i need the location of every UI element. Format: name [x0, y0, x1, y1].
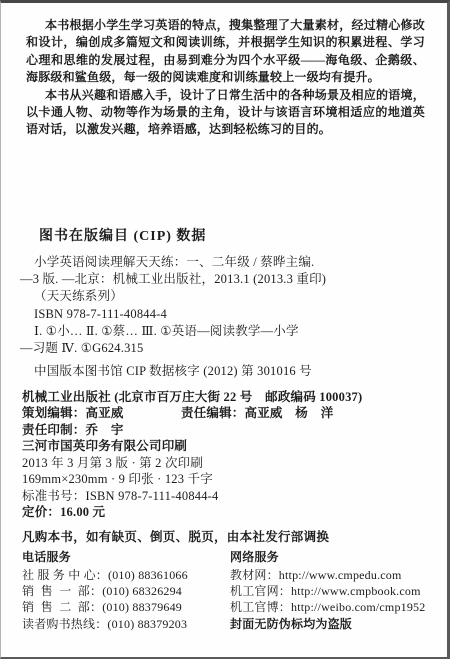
phone-service-row: 读者购书热线：(010) 88379203 — [22, 616, 230, 632]
cip-series-line: （天天练系列） — [34, 288, 417, 305]
print-supervisor-line: 责任印制：乔 宇 — [22, 422, 427, 439]
network-service-row: 机工官博：http://weibo.com/cmp1952 — [230, 599, 447, 615]
cip-body: 小学英语阅读理解天天练：一、二年级 / 蔡晔主编. —3 版. —北京：机械工业… — [34, 254, 417, 380]
colophon-section: 机械工业出版社 (北京市百万庄大街 22 号 邮政编码 100037) 策划编辑… — [22, 389, 427, 521]
network-service-column: 网络服务 教材网：http://www.cmpedu.com 机工官网：http… — [230, 548, 447, 632]
format-sheets-line: 169mm×230mm · 9 印张 · 123 千字 — [22, 471, 427, 488]
cip-classification-line-1: Ⅰ. ①小… Ⅱ. ①蔡… Ⅲ. ①英语—阅读教学—小学 — [34, 323, 417, 340]
edition-print-line: 2013 年 3 月第 3 版 · 第 2 次印刷 — [22, 455, 427, 472]
services-section: 电话服务 社 服 务 中 心：(010) 88361066 销 售 一 部：(0… — [22, 548, 447, 632]
phone-service-header: 电话服务 — [22, 548, 230, 567]
network-service-row: 机工官网：http://www.cmpbook.com — [230, 583, 447, 599]
publisher-address-line: 机械工业出版社 (北京市百万庄大街 22 号 邮政编码 100037) — [22, 389, 427, 406]
network-service-header: 网络服务 — [230, 548, 447, 567]
intro-paragraph-2: 本书从兴趣和语感入手，设计了日常生活中的各种场景及相应的语境，以卡通人物、动物等… — [26, 87, 425, 139]
planning-editor: 策划编辑：高亚威 — [22, 405, 181, 422]
phone-service-column: 电话服务 社 服 务 中 心：(010) 88361066 销 售 一 部：(0… — [22, 548, 230, 632]
exchange-notice: 凡购本书，如有缺页、倒页、脱页，由本社发行部调换 — [22, 527, 447, 545]
cip-edition-line: —3 版. —北京：机械工业出版社，2013.1 (2013.3 重印) — [20, 271, 417, 288]
phone-service-row: 社 服 务 中 心：(010) 88361066 — [22, 567, 230, 583]
standard-book-number-line: 标准书号：ISBN 978-7-111-40844-4 — [22, 488, 427, 505]
cip-section: 图书在版编目 (CIP) 数据 小学英语阅读理解天天练：一、二年级 / 蔡晔主编… — [1, 225, 447, 380]
phone-service-row: 销 售 一 部：(010) 68326294 — [22, 583, 230, 599]
copyright-page: 本书根据小学生学习英语的特点，搜集整理了大量素材，经过精心修改和设计，编创成多篇… — [0, 0, 450, 659]
editors-line: 策划编辑：高亚威 责任编辑：高亚威 杨 洋 — [22, 405, 427, 422]
cip-title-line: 小学英语阅读理解天天练：一、二年级 / 蔡晔主编. — [34, 254, 417, 271]
intro-paragraph-1: 本书根据小学生学习英语的特点，搜集整理了大量素材，经过精心修改和设计，编创成多篇… — [26, 17, 425, 87]
intro-section: 本书根据小学生学习英语的特点，搜集整理了大量素材，经过精心修改和设计，编创成多篇… — [26, 17, 425, 139]
network-service-row: 教材网：http://www.cmpedu.com — [230, 567, 447, 583]
anti-piracy-notice: 封面无防伪标均为盗版 — [230, 616, 447, 632]
phone-service-row: 销 售 二 部：(010) 88379649 — [22, 599, 230, 615]
responsible-editor: 责任编辑：高亚威 杨 洋 — [181, 405, 333, 422]
price-line: 定价：16.00 元 — [22, 504, 427, 521]
cip-classification-line-2: —习题 Ⅳ. ①G624.315 — [20, 340, 417, 357]
cip-heading: 图书在版编目 (CIP) 数据 — [39, 225, 447, 245]
cip-record-number-line: 中国版本图书馆 CIP 数据核字 (2012) 第 301016 号 — [34, 363, 417, 380]
printer-line: 三河市国英印务有限公司印刷 — [22, 438, 427, 455]
cip-isbn-line: ISBN 978-7-111-40844-4 — [34, 306, 417, 323]
